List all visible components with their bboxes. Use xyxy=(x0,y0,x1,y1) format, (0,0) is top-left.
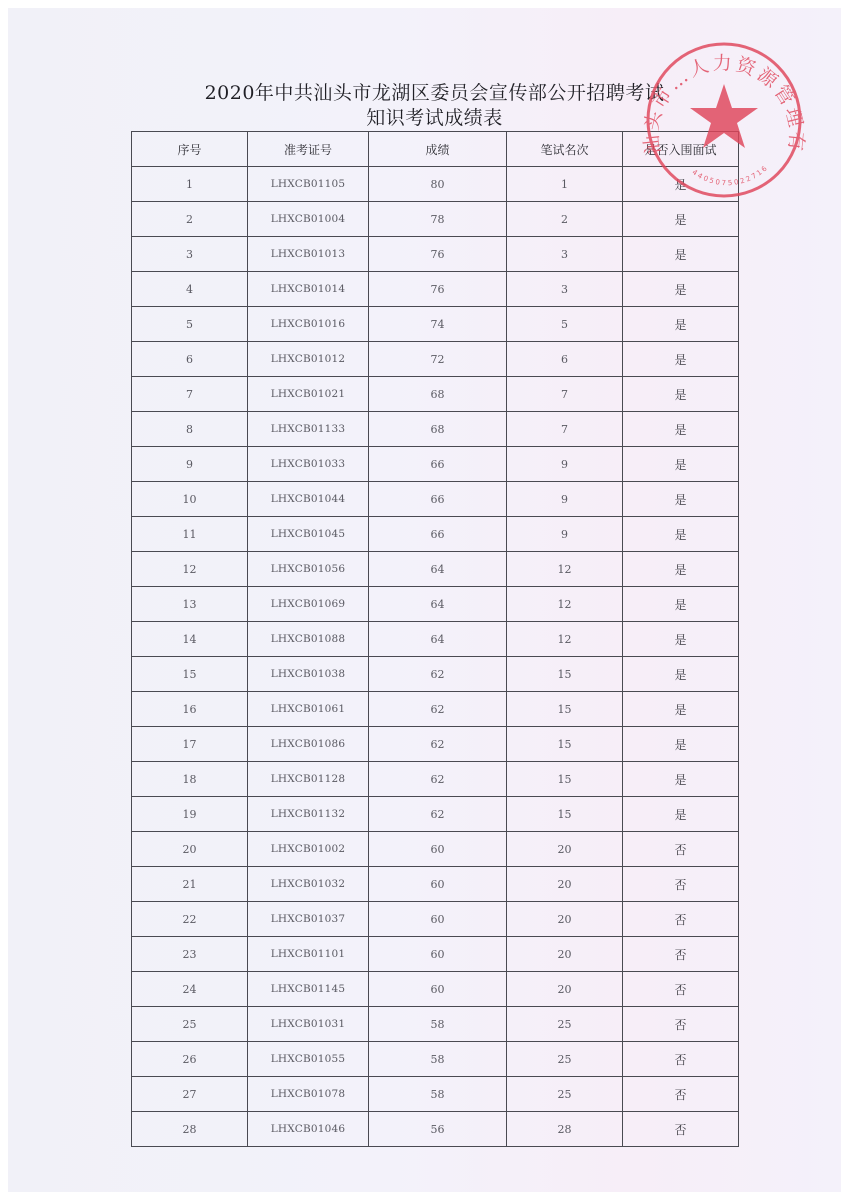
cell-admission-ticket: LHXCB01101 xyxy=(248,937,369,972)
cell-written-rank: 15 xyxy=(507,762,623,797)
cell-score: 56 xyxy=(369,1112,507,1147)
cell-interview-qualified: 是 xyxy=(623,657,739,692)
cell-serial-number: 12 xyxy=(132,552,248,587)
cell-written-rank: 20 xyxy=(507,972,623,1007)
cell-score: 60 xyxy=(369,867,507,902)
cell-interview-qualified: 是 xyxy=(623,307,739,342)
cell-written-rank: 12 xyxy=(507,622,623,657)
table-row: 8LHXCB01133687是 xyxy=(132,412,739,447)
cell-score: 60 xyxy=(369,937,507,972)
cell-admission-ticket: LHXCB01088 xyxy=(248,622,369,657)
cell-serial-number: 5 xyxy=(132,307,248,342)
score-table: 序号 准考证号 成绩 笔试名次 是否入围面试 1LHXCB01105801是2L… xyxy=(131,131,739,1147)
cell-serial-number: 2 xyxy=(132,202,248,237)
table-row: 24LHXCB011456020否 xyxy=(132,972,739,1007)
table-row: 11LHXCB01045669是 xyxy=(132,517,739,552)
cell-admission-ticket: LHXCB01056 xyxy=(248,552,369,587)
cell-written-rank: 20 xyxy=(507,902,623,937)
cell-written-rank: 7 xyxy=(507,377,623,412)
cell-interview-qualified: 否 xyxy=(623,1077,739,1112)
cell-interview-qualified: 是 xyxy=(623,622,739,657)
cell-serial-number: 23 xyxy=(132,937,248,972)
cell-interview-qualified: 否 xyxy=(623,1007,739,1042)
cell-score: 66 xyxy=(369,517,507,552)
cell-written-rank: 12 xyxy=(507,552,623,587)
cell-score: 62 xyxy=(369,727,507,762)
cell-score: 74 xyxy=(369,307,507,342)
header-admission-ticket: 准考证号 xyxy=(248,132,369,167)
cell-score: 60 xyxy=(369,902,507,937)
cell-serial-number: 18 xyxy=(132,762,248,797)
cell-score: 62 xyxy=(369,762,507,797)
cell-written-rank: 9 xyxy=(507,517,623,552)
cell-interview-qualified: 是 xyxy=(623,797,739,832)
table-row: 26LHXCB010555825否 xyxy=(132,1042,739,1077)
cell-written-rank: 3 xyxy=(507,237,623,272)
cell-serial-number: 22 xyxy=(132,902,248,937)
cell-interview-qualified: 是 xyxy=(623,412,739,447)
cell-serial-number: 8 xyxy=(132,412,248,447)
cell-serial-number: 19 xyxy=(132,797,248,832)
cell-admission-ticket: LHXCB01046 xyxy=(248,1112,369,1147)
cell-admission-ticket: LHXCB01002 xyxy=(248,832,369,867)
cell-admission-ticket: LHXCB01037 xyxy=(248,902,369,937)
cell-admission-ticket: LHXCB01061 xyxy=(248,692,369,727)
cell-admission-ticket: LHXCB01033 xyxy=(248,447,369,482)
table-row: 18LHXCB011286215是 xyxy=(132,762,739,797)
table-row: 14LHXCB010886412是 xyxy=(132,622,739,657)
table-row: 15LHXCB010386215是 xyxy=(132,657,739,692)
cell-written-rank: 25 xyxy=(507,1042,623,1077)
cell-score: 60 xyxy=(369,832,507,867)
cell-written-rank: 2 xyxy=(507,202,623,237)
cell-written-rank: 25 xyxy=(507,1077,623,1112)
table-row: 3LHXCB01013763是 xyxy=(132,237,739,272)
cell-interview-qualified: 是 xyxy=(623,762,739,797)
cell-written-rank: 3 xyxy=(507,272,623,307)
cell-admission-ticket: LHXCB01021 xyxy=(248,377,369,412)
cell-interview-qualified: 是 xyxy=(623,342,739,377)
cell-admission-ticket: LHXCB01014 xyxy=(248,272,369,307)
cell-score: 60 xyxy=(369,972,507,1007)
cell-written-rank: 12 xyxy=(507,587,623,622)
cell-written-rank: 25 xyxy=(507,1007,623,1042)
cell-score: 68 xyxy=(369,412,507,447)
cell-serial-number: 26 xyxy=(132,1042,248,1077)
cell-written-rank: 20 xyxy=(507,867,623,902)
cell-serial-number: 10 xyxy=(132,482,248,517)
cell-written-rank: 15 xyxy=(507,727,623,762)
table-row: 20LHXCB010026020否 xyxy=(132,832,739,867)
cell-serial-number: 15 xyxy=(132,657,248,692)
cell-serial-number: 17 xyxy=(132,727,248,762)
header-interview-qualified: 是否入围面试 xyxy=(623,132,739,167)
cell-interview-qualified: 否 xyxy=(623,972,739,1007)
header-score: 成绩 xyxy=(369,132,507,167)
cell-interview-qualified: 是 xyxy=(623,727,739,762)
cell-score: 72 xyxy=(369,342,507,377)
cell-serial-number: 6 xyxy=(132,342,248,377)
table-row: 5LHXCB01016745是 xyxy=(132,307,739,342)
header-serial-number: 序号 xyxy=(132,132,248,167)
table-row: 27LHXCB010785825否 xyxy=(132,1077,739,1112)
cell-admission-ticket: LHXCB01044 xyxy=(248,482,369,517)
cell-serial-number: 1 xyxy=(132,167,248,202)
table-row: 7LHXCB01021687是 xyxy=(132,377,739,412)
cell-written-rank: 1 xyxy=(507,167,623,202)
cell-score: 64 xyxy=(369,622,507,657)
cell-interview-qualified: 是 xyxy=(623,167,739,202)
cell-admission-ticket: LHXCB01016 xyxy=(248,307,369,342)
cell-admission-ticket: LHXCB01031 xyxy=(248,1007,369,1042)
cell-written-rank: 20 xyxy=(507,832,623,867)
cell-serial-number: 16 xyxy=(132,692,248,727)
cell-score: 64 xyxy=(369,587,507,622)
cell-score: 64 xyxy=(369,552,507,587)
cell-score: 58 xyxy=(369,1007,507,1042)
cell-interview-qualified: 是 xyxy=(623,237,739,272)
cell-written-rank: 5 xyxy=(507,307,623,342)
cell-written-rank: 20 xyxy=(507,937,623,972)
cell-admission-ticket: LHXCB01013 xyxy=(248,237,369,272)
table-row: 13LHXCB010696412是 xyxy=(132,587,739,622)
cell-score: 66 xyxy=(369,447,507,482)
cell-interview-qualified: 是 xyxy=(623,692,739,727)
cell-interview-qualified: 是 xyxy=(623,447,739,482)
cell-interview-qualified: 否 xyxy=(623,1042,739,1077)
cell-interview-qualified: 是 xyxy=(623,482,739,517)
cell-admission-ticket: LHXCB01105 xyxy=(248,167,369,202)
cell-written-rank: 15 xyxy=(507,797,623,832)
table-body: 1LHXCB01105801是2LHXCB01004782是3LHXCB0101… xyxy=(132,167,739,1147)
table-row: 2LHXCB01004782是 xyxy=(132,202,739,237)
table-row: 16LHXCB010616215是 xyxy=(132,692,739,727)
cell-written-rank: 15 xyxy=(507,657,623,692)
table-row: 6LHXCB01012726是 xyxy=(132,342,739,377)
cell-score: 68 xyxy=(369,377,507,412)
table-row: 28LHXCB010465628否 xyxy=(132,1112,739,1147)
cell-serial-number: 4 xyxy=(132,272,248,307)
cell-interview-qualified: 是 xyxy=(623,587,739,622)
cell-serial-number: 9 xyxy=(132,447,248,482)
cell-admission-ticket: LHXCB01133 xyxy=(248,412,369,447)
cell-serial-number: 20 xyxy=(132,832,248,867)
cell-score: 58 xyxy=(369,1077,507,1112)
header-written-rank: 笔试名次 xyxy=(507,132,623,167)
cell-admission-ticket: LHXCB01004 xyxy=(248,202,369,237)
cell-interview-qualified: 否 xyxy=(623,832,739,867)
table-header-row: 序号 准考证号 成绩 笔试名次 是否入围面试 xyxy=(132,132,739,167)
cell-admission-ticket: LHXCB01069 xyxy=(248,587,369,622)
cell-written-rank: 9 xyxy=(507,482,623,517)
cell-serial-number: 27 xyxy=(132,1077,248,1112)
cell-serial-number: 21 xyxy=(132,867,248,902)
cell-admission-ticket: LHXCB01032 xyxy=(248,867,369,902)
table-row: 4LHXCB01014763是 xyxy=(132,272,739,307)
table-row: 19LHXCB011326215是 xyxy=(132,797,739,832)
cell-serial-number: 24 xyxy=(132,972,248,1007)
cell-interview-qualified: 否 xyxy=(623,937,739,972)
cell-interview-qualified: 是 xyxy=(623,202,739,237)
cell-serial-number: 25 xyxy=(132,1007,248,1042)
cell-admission-ticket: LHXCB01055 xyxy=(248,1042,369,1077)
cell-serial-number: 7 xyxy=(132,377,248,412)
table-row: 21LHXCB010326020否 xyxy=(132,867,739,902)
document-title: 2020年中共汕头市龙湖区委员会宣传部公开招聘考试 xyxy=(10,78,849,105)
cell-written-rank: 28 xyxy=(507,1112,623,1147)
table-row: 17LHXCB010866215是 xyxy=(132,727,739,762)
cell-admission-ticket: LHXCB01128 xyxy=(248,762,369,797)
cell-interview-qualified: 是 xyxy=(623,272,739,307)
cell-score: 66 xyxy=(369,482,507,517)
table-row: 22LHXCB010376020否 xyxy=(132,902,739,937)
cell-interview-qualified: 否 xyxy=(623,902,739,937)
cell-serial-number: 13 xyxy=(132,587,248,622)
cell-admission-ticket: LHXCB01045 xyxy=(248,517,369,552)
table-row: 1LHXCB01105801是 xyxy=(132,167,739,202)
cell-interview-qualified: 是 xyxy=(623,377,739,412)
cell-interview-qualified: 是 xyxy=(623,517,739,552)
cell-admission-ticket: LHXCB01012 xyxy=(248,342,369,377)
cell-serial-number: 14 xyxy=(132,622,248,657)
cell-interview-qualified: 否 xyxy=(623,867,739,902)
table-row: 12LHXCB010566412是 xyxy=(132,552,739,587)
table-row: 9LHXCB01033669是 xyxy=(132,447,739,482)
cell-admission-ticket: LHXCB01078 xyxy=(248,1077,369,1112)
cell-interview-qualified: 是 xyxy=(623,552,739,587)
cell-written-rank: 7 xyxy=(507,412,623,447)
document-subtitle: 知识考试成绩表 xyxy=(10,103,849,130)
table-row: 25LHXCB010315825否 xyxy=(132,1007,739,1042)
cell-score: 62 xyxy=(369,657,507,692)
cell-admission-ticket: LHXCB01145 xyxy=(248,972,369,1007)
cell-score: 76 xyxy=(369,237,507,272)
cell-score: 58 xyxy=(369,1042,507,1077)
cell-score: 80 xyxy=(369,167,507,202)
cell-score: 78 xyxy=(369,202,507,237)
table-row: 10LHXCB01044669是 xyxy=(132,482,739,517)
cell-score: 76 xyxy=(369,272,507,307)
cell-serial-number: 11 xyxy=(132,517,248,552)
cell-written-rank: 15 xyxy=(507,692,623,727)
cell-interview-qualified: 否 xyxy=(623,1112,739,1147)
cell-written-rank: 6 xyxy=(507,342,623,377)
cell-admission-ticket: LHXCB01132 xyxy=(248,797,369,832)
table-row: 23LHXCB011016020否 xyxy=(132,937,739,972)
cell-score: 62 xyxy=(369,797,507,832)
cell-admission-ticket: LHXCB01086 xyxy=(248,727,369,762)
cell-written-rank: 9 xyxy=(507,447,623,482)
cell-serial-number: 28 xyxy=(132,1112,248,1147)
cell-admission-ticket: LHXCB01038 xyxy=(248,657,369,692)
cell-serial-number: 3 xyxy=(132,237,248,272)
cell-score: 62 xyxy=(369,692,507,727)
